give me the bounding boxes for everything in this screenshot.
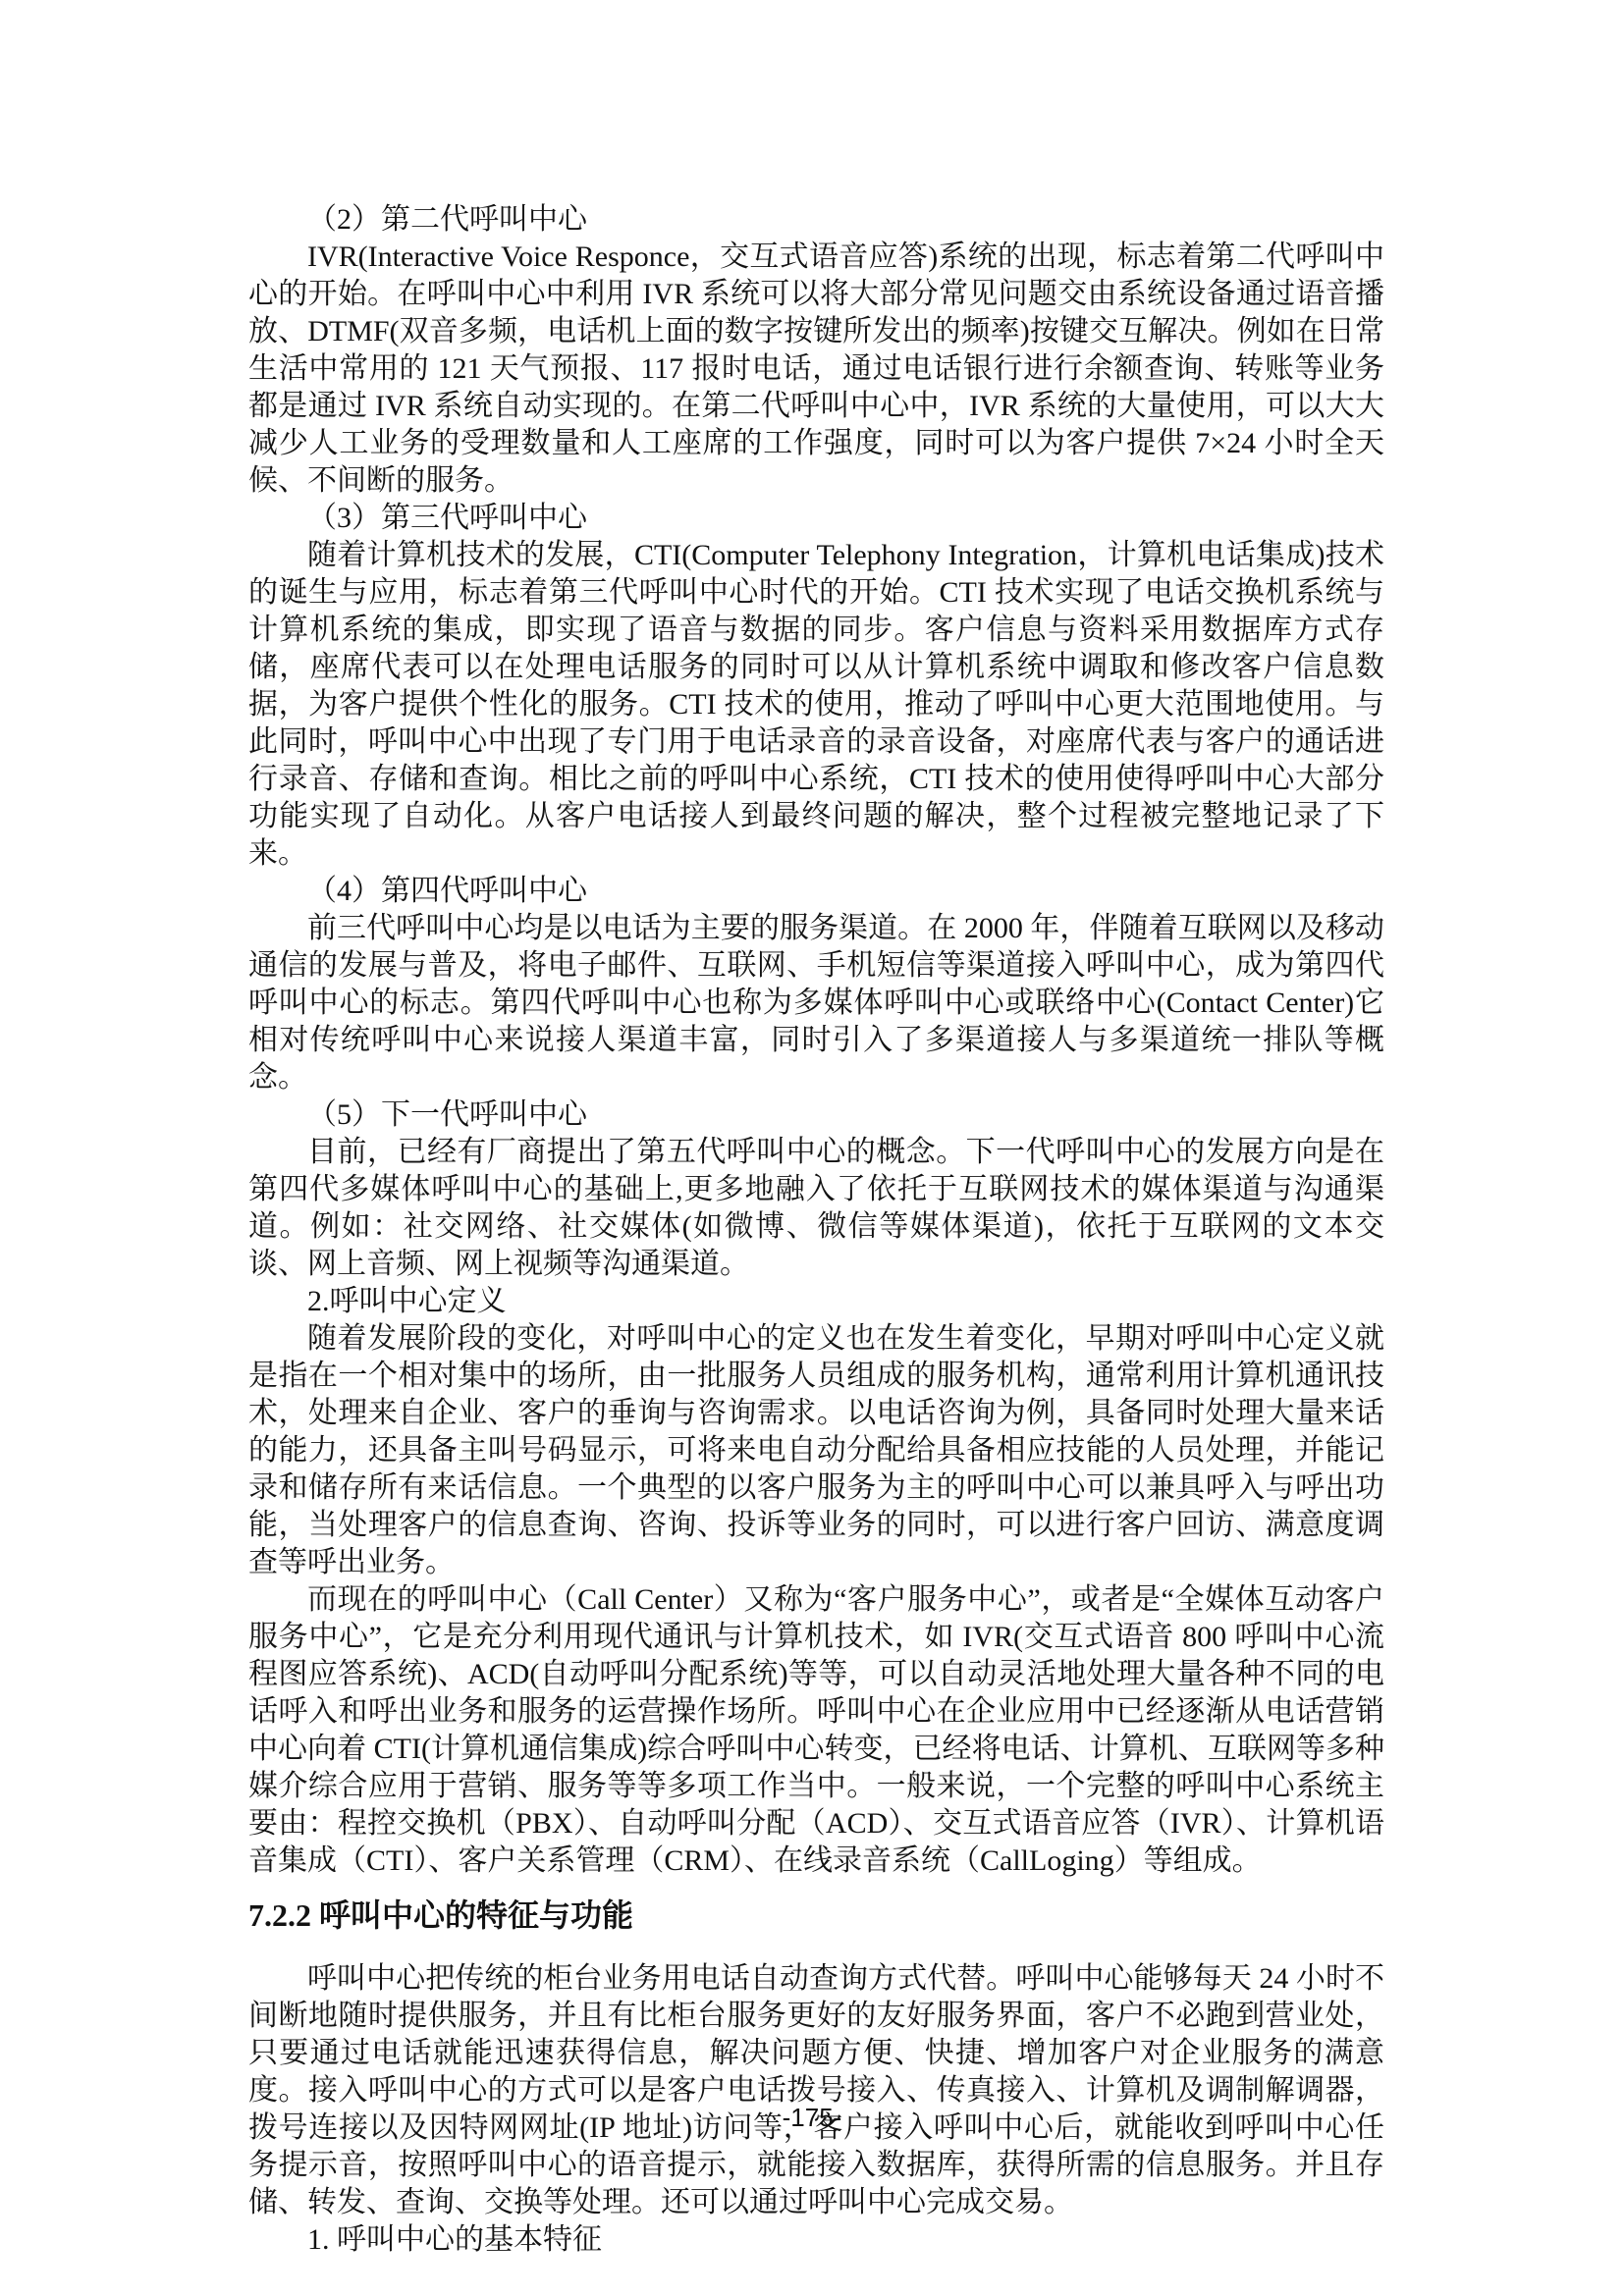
document-content: （2）第二代呼叫中心IVR(Interactive Voice Responce…	[248, 201, 1384, 2259]
paragraph: 目前，已经有厂商提出了第五代呼叫中心的概念。下一代呼叫中心的发展方向是在第四代多…	[248, 1134, 1384, 1283]
paragraph: 前三代呼叫中心均是以电话为主要的服务渠道。在 2000 年，伴随着互联网以及移动…	[248, 910, 1384, 1096]
document-page: （2）第二代呼叫中心IVR(Interactive Voice Responce…	[0, 0, 1624, 2296]
page-number: -175-	[0, 2102, 1624, 2133]
paragraph: 随着计算机技术的发展，CTI(Computer Telephony Integr…	[248, 537, 1384, 873]
item-heading: （5）下一代呼叫中心	[248, 1096, 1384, 1134]
item-heading: （4）第四代呼叫中心	[248, 873, 1384, 910]
item-heading: （2）第二代呼叫中心	[248, 201, 1384, 239]
item-heading: 2.呼叫中心定义	[248, 1283, 1384, 1320]
item-heading: 1. 呼叫中心的基本特征	[248, 2221, 1384, 2259]
paragraph: 而现在的呼叫中心（Call Center）又称为“客户服务中心”，或者是“全媒体…	[248, 1581, 1384, 1880]
paragraph: IVR(Interactive Voice Responce，交互式语音应答)系…	[248, 239, 1384, 500]
section-heading: 7.2.2 呼叫中心的特征与功能	[248, 1896, 1384, 1935]
paragraph: 随着发展阶段的变化，对呼叫中心的定义也在发生着变化，早期对呼叫中心定义就是指在一…	[248, 1320, 1384, 1581]
paragraph: 呼叫中心把传统的柜台业务用电话自动查询方式代替。呼叫中心能够每天 24 小时不间…	[248, 1960, 1384, 2221]
item-heading: （3）第三代呼叫中心	[248, 500, 1384, 537]
